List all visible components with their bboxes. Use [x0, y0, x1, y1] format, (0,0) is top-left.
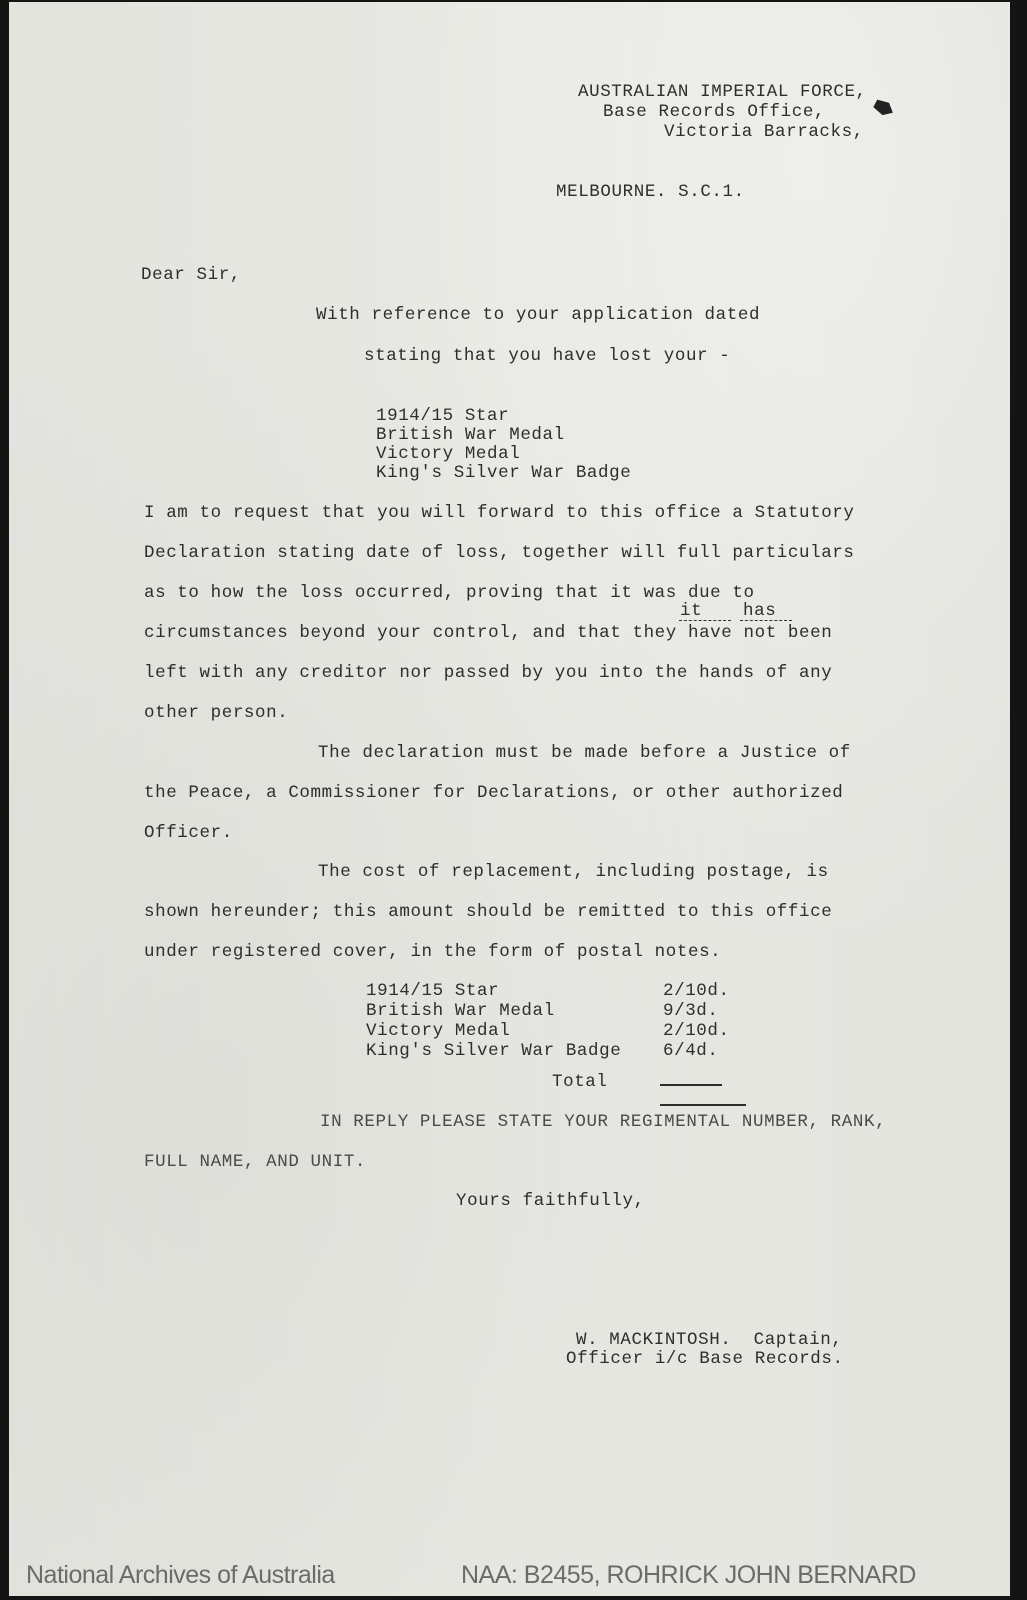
intro-line-2: stating that you have lost your -	[364, 346, 730, 366]
cost-item: Victory Medal	[366, 1021, 510, 1041]
strike-line	[679, 620, 731, 622]
letterhead-line-1: AUSTRALIAN IMPERIAL FORCE,	[578, 82, 867, 102]
paragraph3-line-2: shown hereunder; this amount should be r…	[144, 902, 832, 922]
paragraph1-line-6: other person.	[144, 703, 288, 723]
cost-price: 9/3d.	[663, 1001, 719, 1021]
paragraph1-line-3: as to how the loss occurred, proving tha…	[144, 583, 755, 603]
correction-has: has	[743, 601, 776, 621]
reply-note-line-2: FULL NAME, AND UNIT.	[144, 1152, 366, 1172]
list-item: British War Medal	[376, 425, 565, 445]
signature-line-2: Officer i/c Base Records.	[566, 1349, 844, 1369]
paragraph1-line-2: Declaration stating date of loss, togeth…	[144, 543, 855, 563]
closing: Yours faithfully,	[456, 1191, 645, 1211]
salutation: Dear Sir,	[141, 265, 241, 285]
cost-item: King's Silver War Badge	[366, 1041, 621, 1061]
letterhead-city: MELBOURNE. S.C.1.	[556, 182, 745, 202]
cost-price: 6/4d.	[663, 1041, 719, 1061]
archive-label: National Archives of Australia	[26, 1561, 335, 1590]
paragraph1-line-5: left with any creditor nor passed by you…	[144, 663, 832, 683]
list-item: 1914/15 Star	[376, 406, 509, 426]
paragraph2-line-2: the Peace, a Commissioner for Declaratio…	[144, 783, 843, 803]
paragraph2-line-3: Officer.	[144, 823, 233, 843]
paragraph1-line-1: I am to request that you will forward to…	[144, 503, 855, 523]
paragraph3-line-3: under registered cover, in the form of p…	[144, 942, 721, 962]
paragraph1-line-4: circumstances beyond your control, and t…	[144, 623, 832, 643]
cost-item: 1914/15 Star	[366, 981, 499, 1001]
paragraph3-line-1: The cost of replacement, including posta…	[318, 862, 829, 882]
cost-item: British War Medal	[366, 1001, 555, 1021]
list-item: Victory Medal	[376, 444, 520, 464]
letterhead-line-2: Base Records Office,	[603, 102, 825, 122]
intro-line-1: With reference to your application dated	[316, 305, 760, 325]
strike-line	[740, 620, 792, 622]
paragraph2-line-1: The declaration must be made before a Ju…	[318, 743, 851, 763]
cost-price: 2/10d.	[663, 1021, 730, 1041]
signature-line-1: W. MACKINTOSH. Captain,	[576, 1330, 842, 1350]
record-reference: NAA: B2455, ROHRICK JOHN BERNARD	[461, 1561, 916, 1590]
list-item: King's Silver War Badge	[376, 463, 631, 483]
letterhead-line-3: Victoria Barracks,	[664, 122, 864, 142]
total-label: Total	[552, 1072, 608, 1092]
reply-note-line-1: IN REPLY PLEASE STATE YOUR REGIMENTAL NU…	[320, 1112, 886, 1132]
subtotal-rule	[660, 1084, 722, 1086]
total-rule	[660, 1104, 746, 1106]
correction-it: it	[680, 601, 702, 621]
cost-price: 2/10d.	[663, 981, 730, 1001]
